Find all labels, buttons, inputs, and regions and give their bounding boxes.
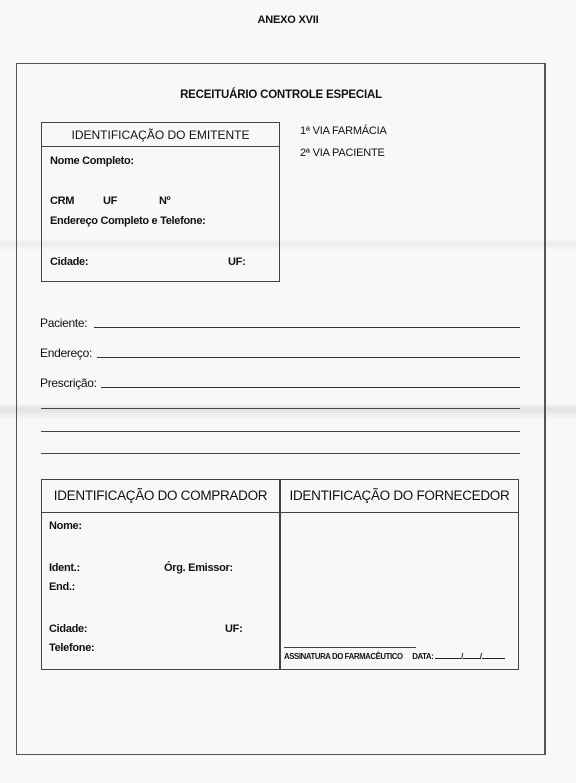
form-title: RECEITUÁRIO CONTROLE ESPECIAL bbox=[0, 89, 562, 101]
document-page: ANEXO XVII RECEITUÁRIO CONTROLE ESPECIAL… bbox=[0, 0, 576, 783]
emitente-header: IDENTIFICAÇÃO DO EMITENTE bbox=[42, 123, 279, 147]
comprador-cidade-label: Cidade: bbox=[49, 623, 87, 635]
annex-title: ANEXO XVII bbox=[0, 14, 576, 26]
prescricao-field[interactable]: Prescrição: bbox=[40, 374, 520, 388]
fornecedor-section: IDENTIFICAÇÃO DO FORNECEDOR ASSINATURA D… bbox=[280, 479, 519, 670]
emitente-endereco-label: Endereço Completo e Telefone: bbox=[50, 215, 206, 227]
paciente-label: Paciente: bbox=[40, 316, 87, 330]
emitente-nome-label: Nome Completo: bbox=[50, 155, 134, 167]
comprador-header: IDENTIFICAÇÃO DO COMPRADOR bbox=[42, 480, 279, 513]
data-label: DATA: bbox=[412, 652, 433, 661]
emitente-section: IDENTIFICAÇÃO DO EMITENTE Nome Completo:… bbox=[41, 122, 280, 282]
prescricao-line[interactable] bbox=[101, 387, 520, 388]
comprador-telefone-label: Telefone: bbox=[49, 642, 94, 654]
date-month-blank[interactable] bbox=[463, 651, 480, 659]
comprador-ident-label: Ident.: bbox=[49, 562, 80, 574]
signature-date-row: ASSINATURA DO FARMACÊUTICO DATA: // bbox=[284, 651, 505, 661]
assinatura-label: ASSINATURA DO FARMACÊUTICO bbox=[284, 652, 403, 661]
via-paciente: 2ª VIA PACIENTE bbox=[300, 147, 385, 159]
comprador-section: IDENTIFICAÇÃO DO COMPRADOR Nome: Ident.:… bbox=[41, 479, 280, 670]
prescricao-line-2[interactable] bbox=[41, 408, 520, 409]
paciente-line[interactable] bbox=[94, 327, 520, 328]
comprador-uf-label: UF: bbox=[225, 623, 242, 635]
endereco-field[interactable]: Endereço: bbox=[40, 344, 520, 358]
fornecedor-header: IDENTIFICAÇÃO DO FORNECEDOR bbox=[281, 480, 518, 513]
emitente-uf-label: UF bbox=[103, 195, 117, 207]
paciente-field[interactable]: Paciente: bbox=[40, 314, 520, 328]
emitente-uf2-label: UF: bbox=[228, 256, 245, 268]
prescricao-line-3[interactable] bbox=[41, 431, 520, 432]
emitente-cidade-label: Cidade: bbox=[50, 256, 88, 268]
comprador-nome-label: Nome: bbox=[49, 520, 82, 532]
comprador-end-label: End.: bbox=[49, 581, 75, 593]
date-day-blank[interactable] bbox=[435, 651, 461, 659]
emitente-crm-label: CRM bbox=[50, 195, 74, 207]
endereco-line[interactable] bbox=[97, 357, 520, 358]
signature-line[interactable] bbox=[284, 647, 416, 648]
emitente-numero-label: Nº bbox=[159, 195, 170, 207]
comprador-org-emissor-label: Órg. Emissor: bbox=[164, 562, 233, 574]
endereco-label: Endereço: bbox=[40, 346, 92, 360]
date-year-blank[interactable] bbox=[482, 651, 505, 659]
via-farmacia: 1ª VIA FARMÁCIA bbox=[300, 125, 387, 137]
prescricao-label: Prescrição: bbox=[40, 376, 97, 390]
prescricao-line-4[interactable] bbox=[41, 453, 520, 454]
